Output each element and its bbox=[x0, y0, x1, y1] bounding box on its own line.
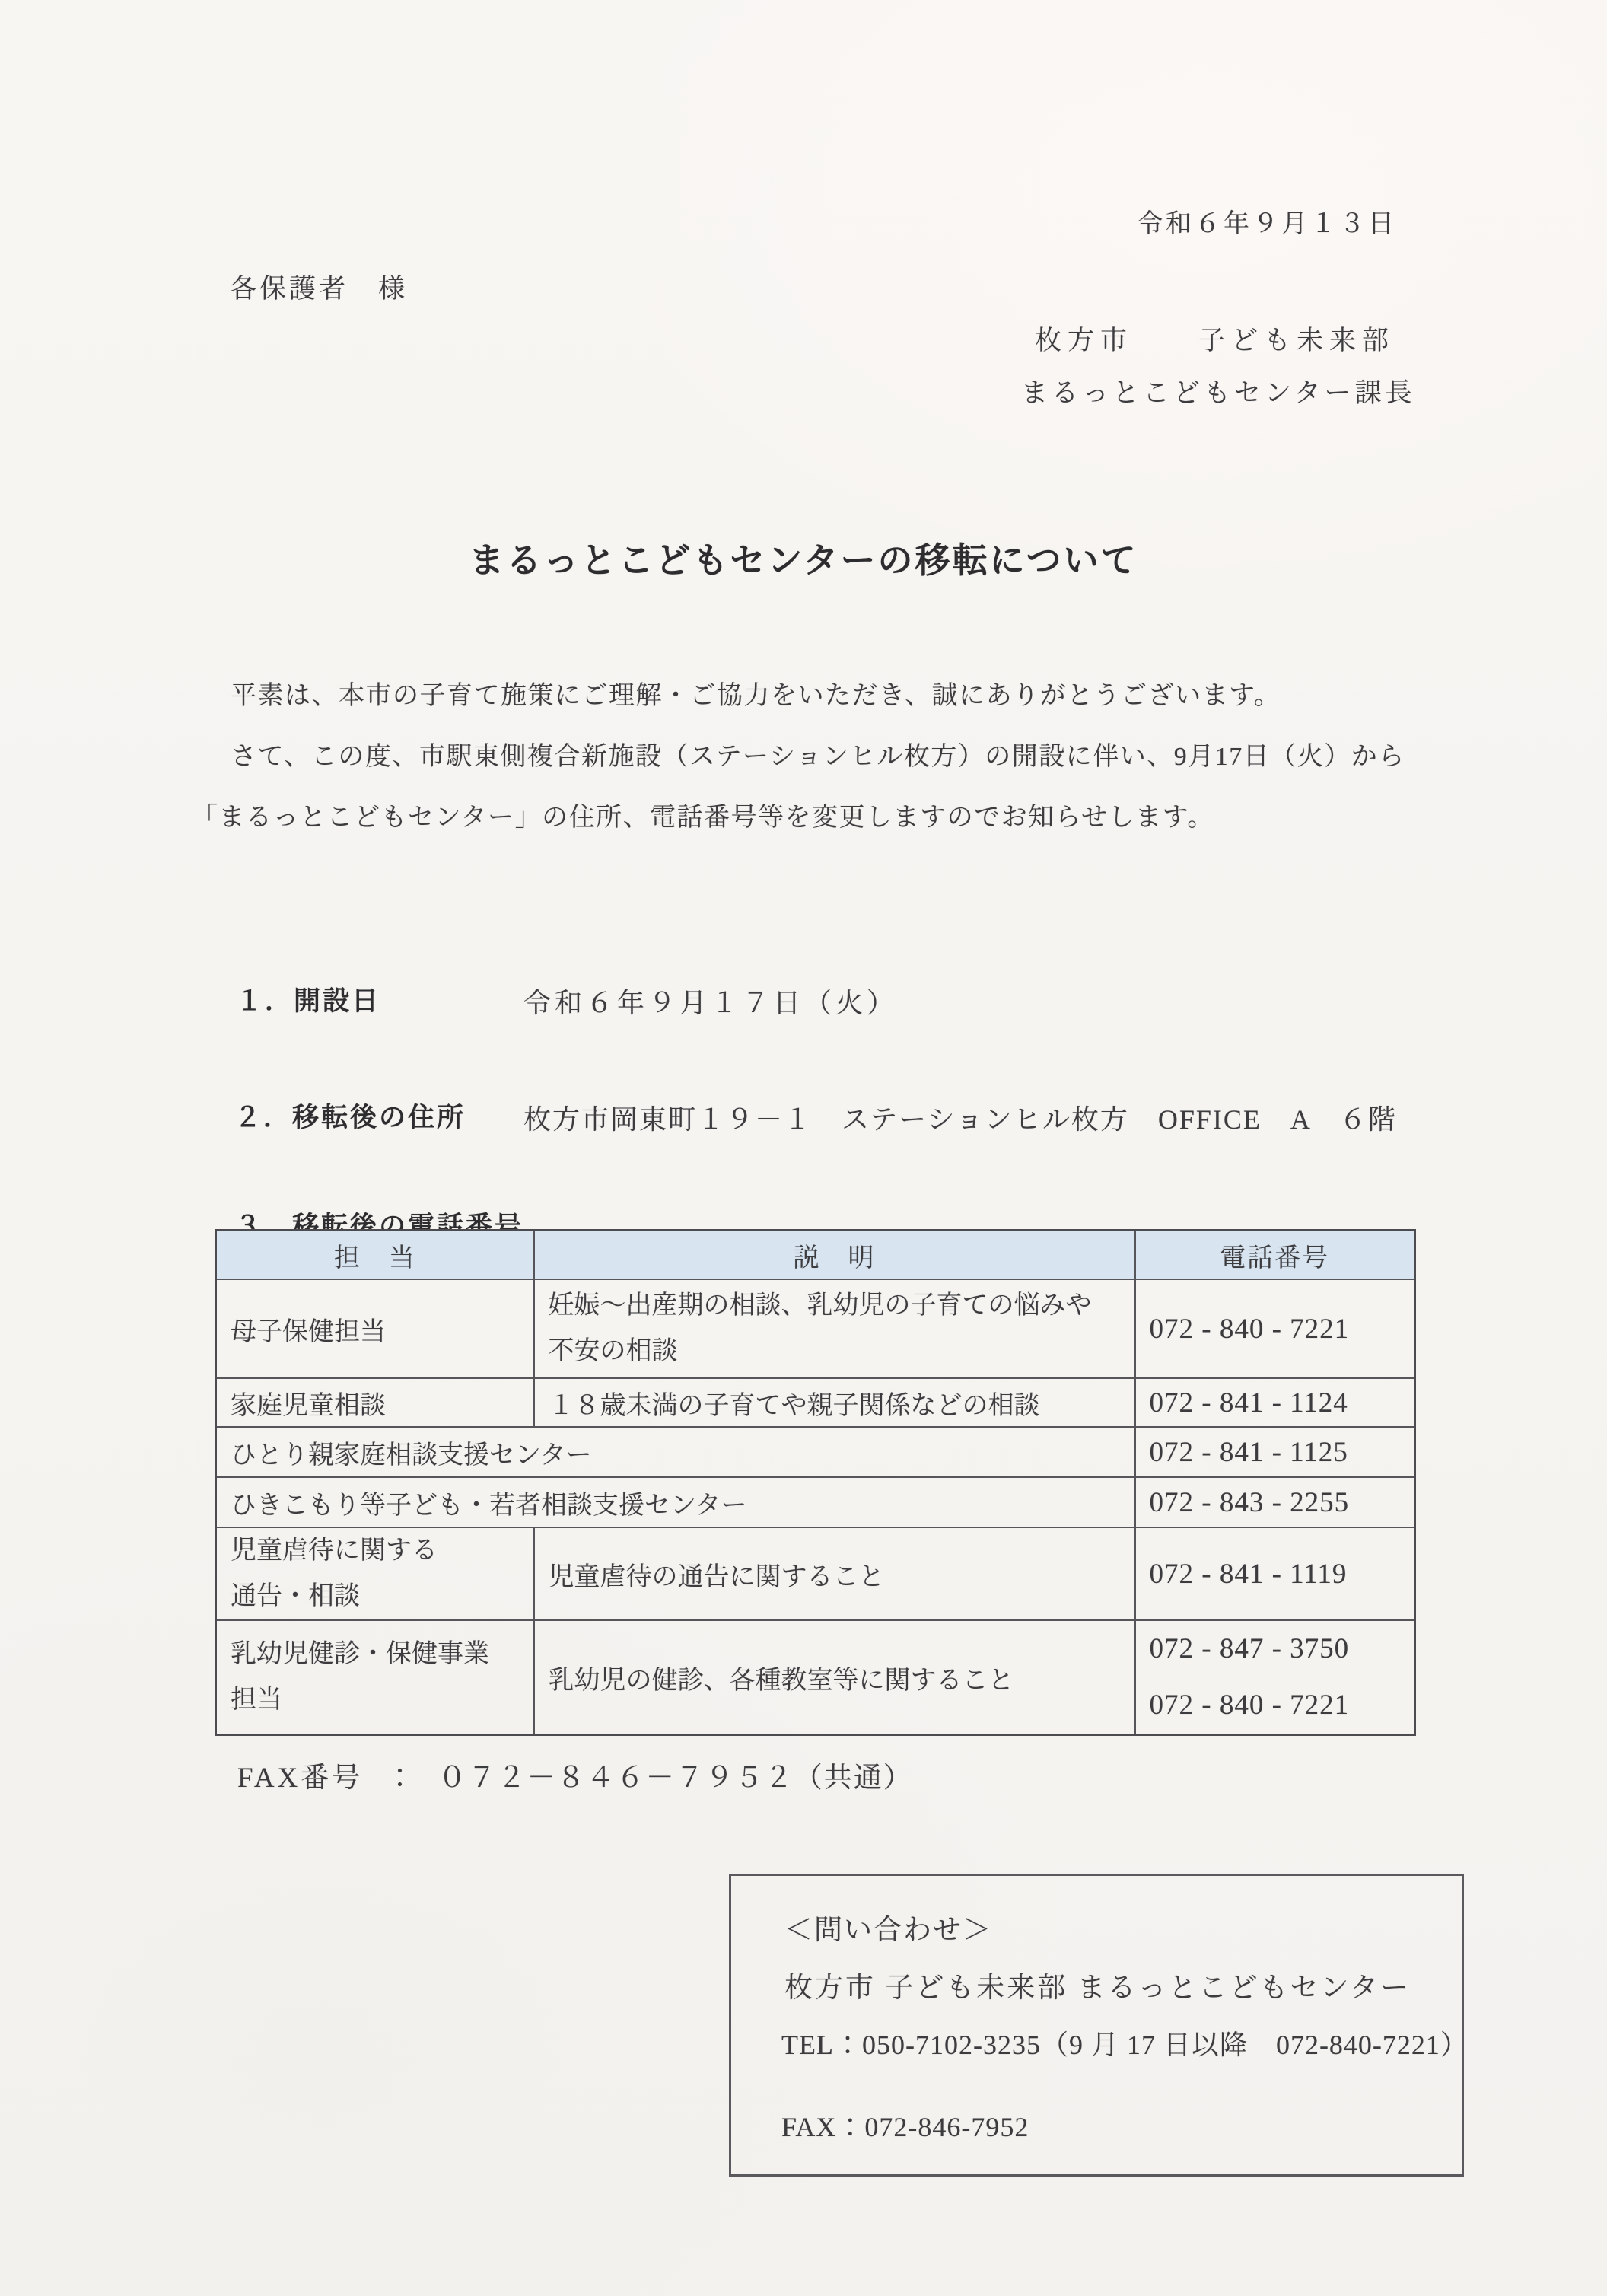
contact-info-box: ＜問い合わせ＞ 枚方市 子ども未来部 まるっとこどもセンター TEL：050-7… bbox=[729, 1874, 1464, 2177]
desc-line: 妊娠～出産期の相談、乳幼児の子育ての悩みや bbox=[549, 1283, 1134, 1329]
cell-phone: 072 - 841 - 1119 bbox=[1135, 1527, 1415, 1620]
table-row: 児童虐待に関する 通告・相談 児童虐待の通告に関すること 072 - 841 -… bbox=[216, 1527, 1415, 1620]
fax-gap bbox=[409, 1763, 438, 1794]
scanned-letter-page: 令和６年９月１３日 各保護者 様 枚方市 子ども未来部 まるっとこどもセンター課… bbox=[0, 0, 1607, 2296]
cell-phone: 072 - 843 - 2255 bbox=[1135, 1477, 1415, 1527]
header-phone: 電話番号 bbox=[1135, 1231, 1415, 1280]
cell-tanto: 母子保健担当 bbox=[216, 1279, 534, 1378]
phone-line: 072 - 847 - 3750 bbox=[1150, 1621, 1414, 1677]
section-1-label: １．開設日 bbox=[236, 980, 380, 1018]
cell-tanto: 家庭児童相談 bbox=[216, 1378, 534, 1427]
table-row: ひきこもり等子ども・若者相談支援センター 072 - 843 - 2255 bbox=[216, 1477, 1415, 1527]
table-row: 母子保健担当 妊娠～出産期の相談、乳幼児の子育ての悩みや 不安の相談 072 -… bbox=[216, 1279, 1415, 1378]
table-row: 家庭児童相談 １８歳未満の子育てや親子関係などの相談 072 - 841 - 1… bbox=[216, 1378, 1415, 1427]
recipient: 各保護者 様 bbox=[230, 268, 408, 306]
tanto-line: 乳幼児健診・保健事業 bbox=[231, 1632, 533, 1677]
cell-phone: 072 - 840 - 7221 bbox=[1135, 1279, 1415, 1378]
sender-title: まるっとこどもセンター課長 bbox=[1021, 372, 1416, 410]
fax-number-line: FAX番号 ： ０７２－８４６－７９５２（共通） bbox=[237, 1754, 913, 1795]
tanto-line: 担当 bbox=[231, 1677, 533, 1723]
tanto-line: 通告・相談 bbox=[231, 1574, 533, 1619]
fax-colon bbox=[363, 1763, 393, 1794]
cell-desc: 児童虐待の通告に関すること bbox=[534, 1527, 1135, 1620]
cell-desc: 妊娠～出産期の相談、乳幼児の子育ての悩みや 不安の相談 bbox=[534, 1279, 1135, 1378]
cell-phone: 072 - 841 - 1125 bbox=[1135, 1427, 1415, 1477]
desc-line: 不安の相談 bbox=[549, 1329, 1134, 1374]
cell-desc: １８歳未満の子育てや親子関係などの相談 bbox=[534, 1378, 1135, 1427]
body-line-3: 「まるっとこどもセンター」の住所、電話番号等を変更しますのでお知らせします。 bbox=[192, 796, 1214, 833]
phone-number-table: 担 当 説 明 電話番号 母子保健担当 妊娠～出産期の相談、乳幼児の子育ての悩み… bbox=[215, 1229, 1416, 1736]
header-desc: 説 明 bbox=[534, 1231, 1135, 1280]
contact-org: 枚方市 子ども未来部 まるっとこどもセンター bbox=[784, 1964, 1411, 2005]
table-header-row: 担 当 説 明 電話番号 bbox=[216, 1231, 1415, 1280]
cell-phone: 072 - 847 - 3750 072 - 840 - 7221 bbox=[1135, 1620, 1415, 1735]
body-line-1: 平素は、本市の子育て施策にご理解・ご協力をいただき、誠にありがとうございます。 bbox=[231, 674, 1281, 712]
fax-label: FAX番号 bbox=[237, 1763, 363, 1794]
phone-line: 072 - 840 - 7221 bbox=[1150, 1677, 1414, 1734]
fax-value: ０７２－８４６－７９５２（共通） bbox=[438, 1763, 913, 1794]
section-2-value: 枚方市岡東町１９－１ ステーションヒル枚方 OFFICE A ６階 bbox=[523, 1098, 1397, 1137]
cell-tanto: 児童虐待に関する 通告・相談 bbox=[216, 1527, 534, 1620]
document-title: まるっとこどもセンターの移転について bbox=[0, 533, 1607, 583]
cell-desc: 乳幼児の健診、各種教室等に関すること bbox=[534, 1620, 1135, 1735]
section-2-label: ２．移転後の住所 bbox=[234, 1097, 466, 1135]
contact-fax: FAX：072-846-7952 bbox=[781, 2106, 1029, 2145]
table-row: ひとり親家庭相談支援センター 072 - 841 - 1125 bbox=[216, 1427, 1415, 1477]
issue-date: 令和６年９月１３日 bbox=[1137, 202, 1397, 240]
section-1-value: 令和６年９月１７日（火） bbox=[523, 982, 898, 1021]
cell-tanto-span: ひきこもり等子ども・若者相談支援センター bbox=[216, 1477, 1135, 1527]
tanto-line: 児童虐待に関する bbox=[231, 1528, 533, 1574]
contact-tel: TEL：050-7102-3235（9 月 17 日以降 072-840-722… bbox=[781, 2024, 1469, 2062]
cell-tanto: 乳幼児健診・保健事業 担当 bbox=[216, 1620, 534, 1735]
fax-colon-mark: ： bbox=[393, 1763, 409, 1794]
header-tanto: 担 当 bbox=[216, 1231, 534, 1280]
contact-heading: ＜問い合わせ＞ bbox=[784, 1906, 992, 1947]
cell-phone: 072 - 841 - 1124 bbox=[1135, 1378, 1415, 1427]
cell-tanto-span: ひとり親家庭相談支援センター bbox=[216, 1427, 1135, 1477]
body-line-2: さて、この度、市駅東側複合新施設（ステーションヒル枚方）の開設に伴い、9月17日… bbox=[231, 735, 1405, 772]
table-row: 乳幼児健診・保健事業 担当 乳幼児の健診、各種教室等に関すること 072 - 8… bbox=[216, 1620, 1415, 1735]
sender-department: 枚方市 子ども未来部 bbox=[1035, 320, 1395, 358]
